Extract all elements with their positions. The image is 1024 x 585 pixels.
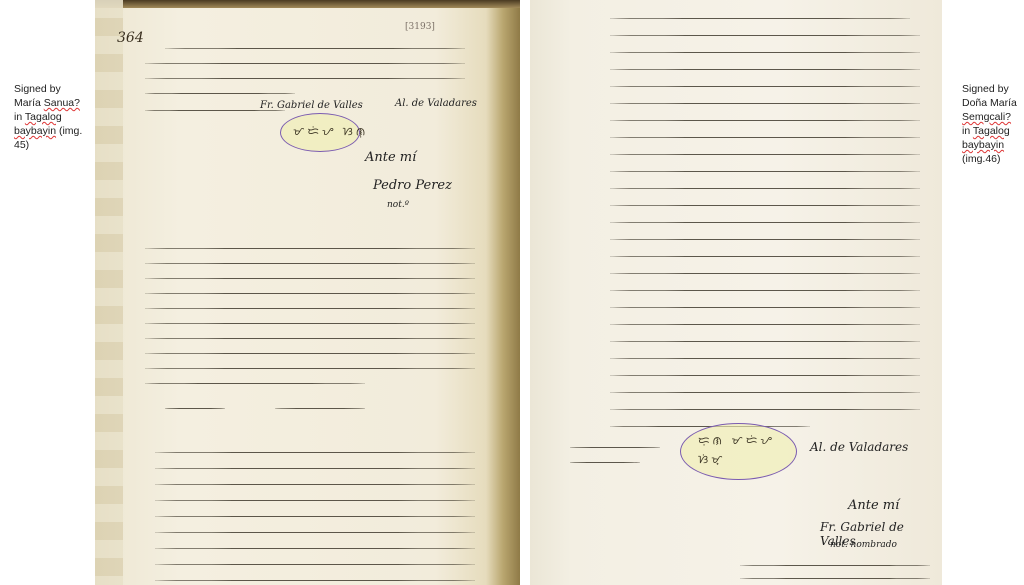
signature: not.º — [387, 200, 409, 210]
script-name: baybayin — [962, 139, 1004, 151]
manuscript-page-right: ᜇᜓᜈ ᜋᜇᜒᜌ ᜐᜒᜋ᜔ Al. de Valadares Ante mí F… — [530, 0, 942, 585]
signature: Al. de Valadares — [395, 98, 477, 109]
signature: Pedro Perez — [373, 178, 452, 193]
script-name: baybayin — [14, 125, 56, 137]
signature: Al. de Valadares — [810, 440, 908, 454]
script-name: Tagalog — [973, 125, 1010, 137]
signer-name: Sanua? — [44, 97, 80, 109]
caption-text: in — [14, 111, 25, 123]
caption-text: Signed by Doña María — [962, 83, 1017, 109]
signature: Ante mí — [848, 498, 899, 513]
archive-mark: [3193] — [405, 22, 435, 32]
baybayin-signature: ᜐᜒᜋ᜔ — [698, 452, 725, 467]
signature: Ante mí — [365, 150, 416, 165]
image-reference: (img.46) — [962, 153, 1001, 165]
script-name: Tagalog — [25, 111, 62, 123]
page-stack-edge — [95, 0, 123, 585]
signature: not. nombrado — [830, 540, 897, 550]
folio-number: 364 — [117, 30, 144, 46]
book-edge — [95, 0, 520, 8]
baybayin-signature: ᜇᜓᜈ ᜋᜇᜒᜌ — [698, 433, 775, 448]
manuscript-page-left: 364 [3193] ᜋᜇᜒᜌ ᜐᜈᜓ Fr. Gabriel de Valle… — [95, 0, 520, 585]
caption-left: Signed by María Sanua? in Tagalog baybay… — [14, 82, 90, 152]
baybayin-signature: ᜋᜇᜒᜌ ᜐᜈᜓ — [293, 124, 368, 139]
signer-name: Semgcali? — [962, 111, 1011, 123]
signature: Fr. Gabriel de Valles — [260, 100, 363, 111]
caption-text: in — [962, 125, 973, 137]
caption-right: Signed by Doña María Semgcali? in Tagalo… — [962, 82, 1022, 166]
